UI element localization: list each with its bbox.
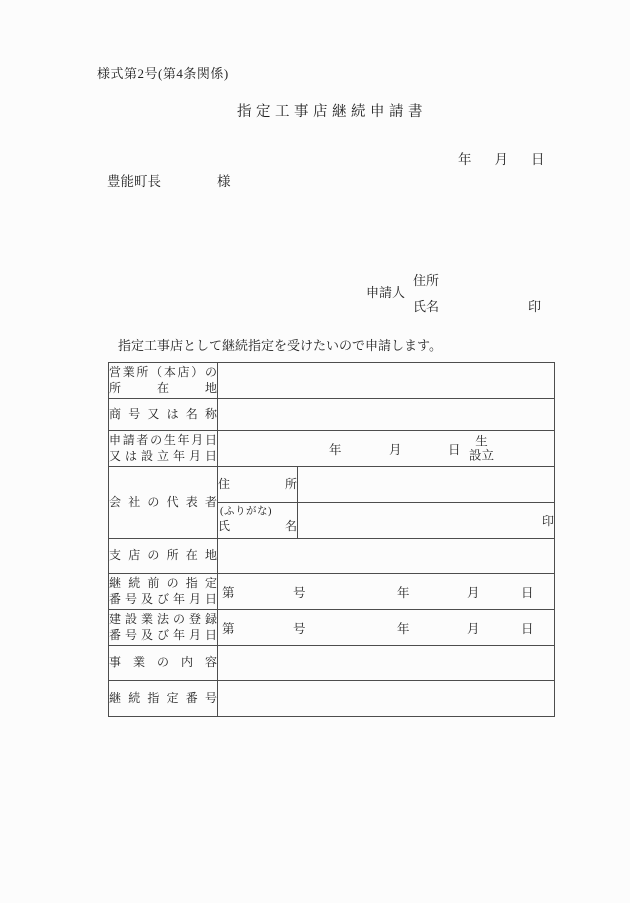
representative-address-label: 住所: [218, 467, 298, 503]
table-row-branch-location: 支店の所在地: [109, 539, 555, 574]
applicant-label: 申請人: [366, 282, 405, 301]
date-day-label: 日: [531, 148, 545, 168]
prev-number-suffix-label: 号: [293, 583, 306, 601]
birth-month-label: 月: [389, 440, 402, 458]
applicant-name-label: 氏名: [413, 296, 439, 315]
birth-date-value-cell: 年 月 日 生 設立: [218, 431, 555, 467]
reg-day-label: 日: [521, 619, 534, 637]
prev-year-label: 年: [397, 583, 410, 601]
birth-date-label: 申請者の生年月日 又は設立年月日: [109, 431, 218, 467]
representative-address-value-cell: [298, 467, 555, 503]
birth-day-label: 日: [448, 440, 461, 458]
previous-designation-label: 継続前の指定 番号及び年月日: [109, 574, 218, 610]
table-row-trade-name: 商号又は名称: [109, 399, 555, 431]
birth-year-label: 年: [329, 440, 342, 458]
reg-month-label: 月: [467, 619, 480, 637]
form-document-page: 様式第2号(第4条関係) 指定工事店継続申請書 年 月 日 豊能町長様 申請人 …: [0, 0, 630, 903]
reg-number-suffix-label: 号: [293, 619, 306, 637]
declaration-sentence: 指定工事店として継続指定を受けたいので申請します。: [118, 335, 442, 354]
representative-name-label: (ふりがな) 氏名: [218, 503, 298, 539]
continuation-number-label: 継続指定番号: [109, 681, 218, 717]
branch-location-label: 支店の所在地: [109, 539, 218, 574]
trade-name-value-cell: [218, 399, 555, 431]
date-year-label: 年: [458, 148, 472, 168]
table-row-office-location: 営業所（本店）の 所在地: [109, 363, 555, 399]
construction-registration-value-cell: 第 号 年 月 日: [218, 610, 555, 646]
business-description-label: 事業の内容: [109, 646, 218, 681]
company-representative-label: 会社の代表者: [109, 467, 218, 539]
addressee-name: 豊能町長: [107, 174, 161, 189]
construction-registration-label: 建設業法の登録 番号及び年月日: [109, 610, 218, 646]
representative-seal-cell: 印: [298, 503, 555, 539]
table-row-continuation-number: 継続指定番号: [109, 681, 555, 717]
application-form-table: 営業所（本店）の 所在地 商号又は名称 申請者の生年月日 又は設立年月日 年 月…: [108, 362, 555, 717]
table-row-company-representative: 会社の代表者 住所: [109, 467, 555, 503]
representative-seal-mark: 印: [542, 514, 554, 528]
table-row-birth-or-establishment-date: 申請者の生年月日 又は設立年月日 年 月 日 生 設立: [109, 431, 555, 467]
reg-year-label: 年: [397, 619, 410, 637]
table-row-previous-designation: 継続前の指定 番号及び年月日 第 号 年 月 日: [109, 574, 555, 610]
continuation-number-value-cell: [218, 681, 555, 717]
prev-number-prefix-label: 第: [222, 583, 235, 601]
date-month-label: 月: [495, 148, 509, 168]
reg-number-prefix-label: 第: [222, 619, 235, 637]
office-location-value-cell: [218, 363, 555, 399]
prev-day-label: 日: [521, 583, 534, 601]
trade-name-label: 商号又は名称: [109, 399, 218, 431]
date-line: 年 月 日: [458, 148, 545, 168]
born-or-established-label: 生 設立: [469, 434, 494, 464]
previous-designation-value-cell: 第 号 年 月 日: [218, 574, 555, 610]
document-title: 指定工事店継続申請書: [34, 100, 630, 121]
addressee-honorific: 様: [217, 174, 231, 189]
addressee-line: 豊能町長様: [107, 170, 231, 190]
table-row-construction-business-registration: 建設業法の登録 番号及び年月日 第 号 年 月 日: [109, 610, 555, 646]
office-location-label: 営業所（本店）の 所在地: [109, 363, 218, 399]
applicant-seal-mark: 印: [528, 296, 541, 315]
prev-month-label: 月: [467, 583, 480, 601]
form-number: 様式第2号(第4条関係): [97, 63, 229, 82]
table-row-business-description: 事業の内容: [109, 646, 555, 681]
branch-location-value-cell: [218, 539, 555, 574]
applicant-address-label: 住所: [413, 270, 439, 289]
business-description-value-cell: [218, 646, 555, 681]
